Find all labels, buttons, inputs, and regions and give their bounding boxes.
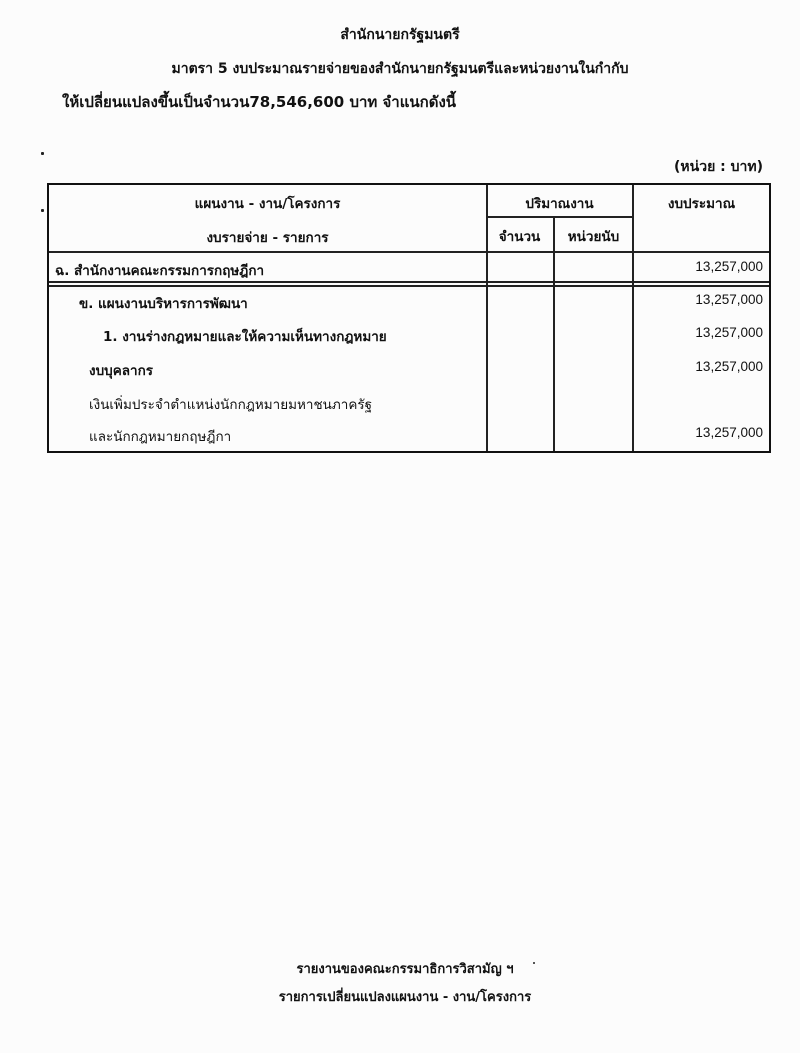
unit-label: (หน่วย : บาท) xyxy=(674,156,763,178)
agency-title: สำนักนายกรัฐมนตรี xyxy=(0,24,800,46)
header-plan: แผนงาน - งาน/โครงการ xyxy=(49,192,486,214)
footer-report-subtitle: รายการเปลี่ยนแปลงแผนงาน - งาน/โครงการ xyxy=(0,986,800,1007)
row-budget: 13,257,000 xyxy=(695,292,763,307)
footer-report-title: รายงานของคณะกรรมาธิการวิสามัญ ฯ xyxy=(0,958,800,979)
scan-speck xyxy=(41,152,44,155)
row-divider xyxy=(49,281,769,283)
row-budget: 13,257,000 xyxy=(695,425,763,440)
row-budget: 13,257,000 xyxy=(695,359,763,374)
scan-speck xyxy=(533,962,535,964)
row-divider-double xyxy=(49,285,769,287)
header-budget: งบประมาณ xyxy=(634,192,769,214)
row-label: 1. งานร่างกฎหมายและให้ความเห็นทางกฎหมาย xyxy=(103,325,387,347)
row-label: ข. แผนงานบริหารการพัฒนา xyxy=(79,292,248,314)
header-quantity: จำนวน xyxy=(486,225,553,247)
header-workload: ปริมาณงาน xyxy=(486,192,633,214)
budget-table: แผนงาน - งาน/โครงการ งบรายจ่าย - รายการ … xyxy=(47,183,771,453)
row-budget: 13,257,000 xyxy=(695,259,763,274)
header-count-unit: หน่วยนับ xyxy=(554,225,633,247)
section-title: มาตรา 5 งบประมาณรายจ่ายของสำนักนายกรัฐมน… xyxy=(0,58,800,80)
row-label: และนักกฎหมายกฤษฎีกา xyxy=(89,425,231,447)
row-label: เงินเพิ่มประจำตำแหน่งนักกฎหมายมหาชนภาครั… xyxy=(89,393,372,415)
header-bottom-line xyxy=(49,251,769,253)
header-budget-item: งบรายจ่าย - รายการ xyxy=(49,226,486,248)
row-label: งบบุคลากร xyxy=(89,359,153,381)
row-label: ฉ. สำนักงานคณะกรรมการกฤษฎีกา xyxy=(55,259,264,281)
change-statement: ให้เปลี่ยนแปลงขึ้นเป็นจำนวน78,546,600 บา… xyxy=(62,90,456,114)
row-budget: 13,257,000 xyxy=(695,325,763,340)
header-split-line xyxy=(486,216,633,218)
scan-speck xyxy=(41,209,44,212)
